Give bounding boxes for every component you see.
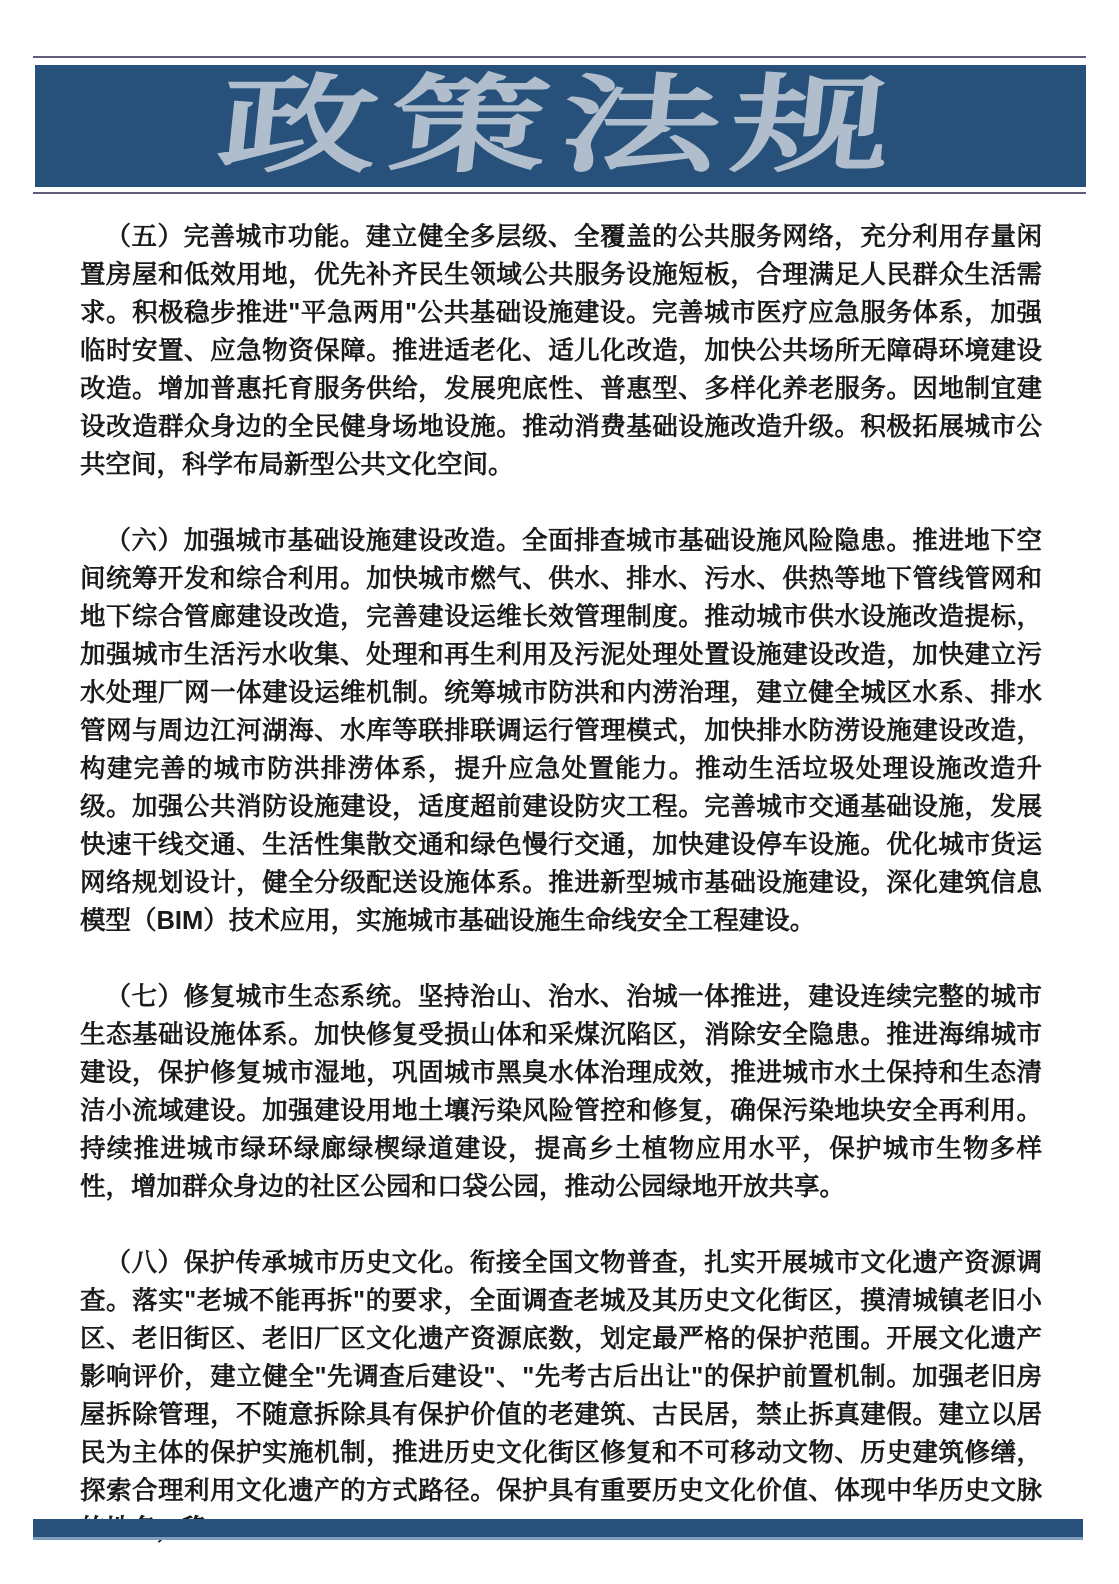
document-body: （五）完善城市功能。建立健全多层级、全覆盖的公共服务网络，充分利用存量闲置房屋和… <box>80 218 1042 1548</box>
header-bottom-rule <box>33 192 1086 194</box>
paragraph-6-infrastructure-construction: （六）加强城市基础设施建设改造。全面排查城市基础设施风险隐患。推进地下空间统筹开… <box>80 522 1042 940</box>
document-page: 政策法规 （五）完善城市功能。建立健全多层级、全覆盖的公共服务网络，充分利用存量… <box>0 0 1119 1584</box>
page-title: 政策法规 <box>213 73 908 179</box>
header-top-rule <box>33 56 1086 58</box>
paragraph-8-protect-historic-culture: （八）保护传承城市历史文化。衔接全国文物普查，扎实开展城市文化遗产资源调查。落实… <box>80 1244 1042 1548</box>
header-banner: 政策法规 <box>35 65 1086 187</box>
paragraph-7-restore-urban-ecosystem: （七）修复城市生态系统。坚持治山、治水、治城一体推进，建设连续完整的城市生态基础… <box>80 978 1042 1206</box>
paragraph-5-improve-city-functions: （五）完善城市功能。建立健全多层级、全覆盖的公共服务网络，充分利用存量闲置房屋和… <box>80 218 1042 484</box>
footer-bar <box>33 1519 1083 1540</box>
